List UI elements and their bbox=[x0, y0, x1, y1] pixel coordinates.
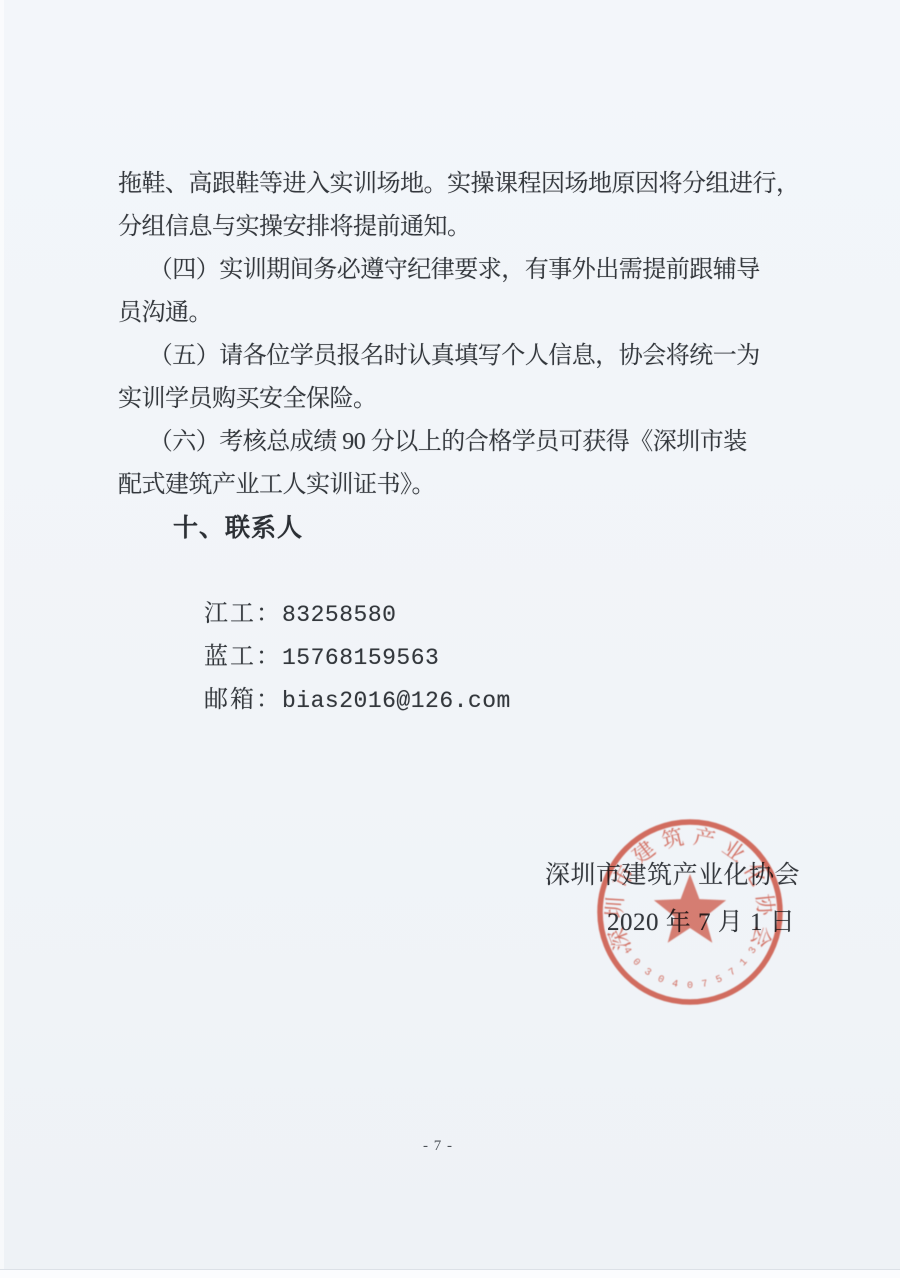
scan-left-edge bbox=[0, 0, 4, 1278]
section-heading-contacts: 十、联系人 bbox=[118, 507, 810, 550]
body-line: （六）考核总成绩 90 分以上的合格学员可获得《深圳市装 bbox=[118, 421, 810, 464]
document-page: 拖鞋、高跟鞋等进入实训场地。实操课程因场地原因将分组进行， 分组信息与实操安排将… bbox=[0, 0, 900, 1278]
scan-bottom-edge bbox=[0, 1269, 900, 1278]
official-seal-stamp: 深圳市建筑产业化协会 4403040757135 bbox=[578, 800, 802, 1024]
body-line: 分组信息与实操安排将提前通知。 bbox=[118, 206, 810, 249]
body-line: 实训学员购买安全保险。 bbox=[118, 378, 810, 421]
body-line: 拖鞋、高跟鞋等进入实训场地。实操课程因场地原因将分组进行， bbox=[118, 163, 810, 206]
body-line: （四）实训期间务必遵守纪律要求，有事外出需提前跟辅导 bbox=[118, 249, 810, 292]
contact-email-address: bias2016@126.com bbox=[282, 688, 511, 714]
contact-label: 邮箱： bbox=[204, 687, 282, 713]
contact-label: 江工： bbox=[204, 601, 282, 627]
body-line: 员沟通。 bbox=[118, 292, 810, 335]
body-line: 配式建筑产业工人实训证书》。 bbox=[118, 464, 810, 507]
contact-row-phone-jiang: 江工：83258580 bbox=[118, 550, 810, 593]
page-number: - 7 - bbox=[0, 1138, 888, 1155]
body-line: （五）请各位学员报名时认真填写个人信息，协会将统一为 bbox=[118, 335, 810, 378]
body-text-block: 拖鞋、高跟鞋等进入实训场地。实操课程因场地原因将分组进行， 分组信息与实操安排将… bbox=[118, 163, 810, 679]
contact-label: 蓝工： bbox=[204, 644, 282, 670]
star-icon bbox=[654, 874, 726, 943]
contact-phone-number: 15768159563 bbox=[282, 645, 439, 671]
contact-phone-number: 83258580 bbox=[282, 602, 396, 628]
